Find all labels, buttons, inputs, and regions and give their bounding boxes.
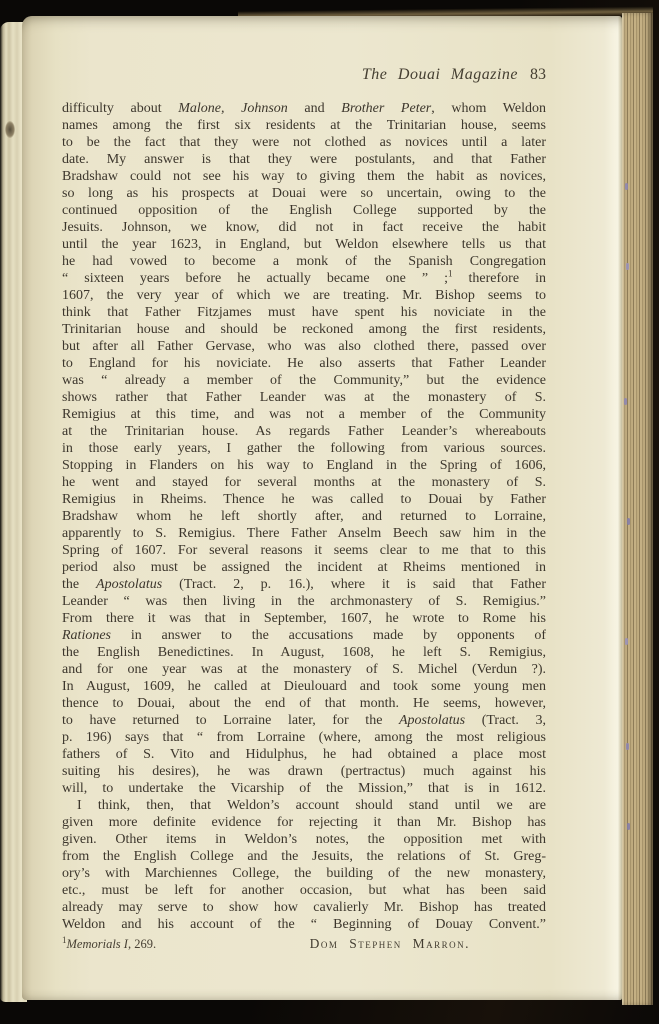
text-line: names among the first six residents at t… xyxy=(62,117,546,134)
text-line: Spring of 1607. For several reasons it s… xyxy=(62,542,546,559)
text-line: was “ already a member of the Community,… xyxy=(62,372,546,389)
text-line: Remigius in Rheims. Thence he was called… xyxy=(62,491,546,508)
text-line: to have returned to Lorraine later, for … xyxy=(62,712,546,729)
text-line: will, to undertake the Vicarship of the … xyxy=(62,780,546,797)
page-number: 83 xyxy=(530,66,546,83)
text-line: to be the fact that they were not clothe… xyxy=(62,134,546,151)
text-line: In August, 1609, he called at Dieulouard… xyxy=(62,678,546,695)
book-photo: The Douai Magazine83 difficulty about Ma… xyxy=(0,0,659,1024)
paper-blemish xyxy=(5,121,15,138)
text-line: period also must be assigned the inciden… xyxy=(62,559,546,576)
text-line: date. My answer is that they were postul… xyxy=(62,151,546,168)
text-line: he had vowed to become a monk of the Spa… xyxy=(62,253,546,270)
text-line: given. Other items in Weldon’s notes, th… xyxy=(62,831,546,848)
text-line: and for one year was at the monastery of… xyxy=(62,661,546,678)
magazine-title: The Douai Magazine xyxy=(362,66,518,83)
footnote-work: Memorials I xyxy=(67,937,128,951)
text-line: Rationes in answer to the accusations ma… xyxy=(62,627,546,644)
footnote-rest: , 269. xyxy=(128,937,156,951)
text-line: already may serve to show how cavalierly… xyxy=(62,899,546,916)
text-line: suiting his desires), he was drawn (pert… xyxy=(62,763,546,780)
text-line: so long as his prospects at Douai were s… xyxy=(62,185,546,202)
book-page: The Douai Magazine83 difficulty about Ma… xyxy=(22,16,622,1000)
text-line: at the Trinitarian house. As regards Fat… xyxy=(62,423,546,440)
text-line: he went and stayed for several months at… xyxy=(62,474,546,491)
text-line: Weldon and his account of the “ Beginnin… xyxy=(62,916,546,933)
text-line: shows rather that Father Leander was at … xyxy=(62,389,546,406)
text-line: From there it was that in September, 160… xyxy=(62,610,546,627)
page-header: The Douai Magazine83 xyxy=(62,66,546,84)
text-line: from the English College and the Jesuits… xyxy=(62,848,546,865)
text-line: Trinitarian house and should be reckoned… xyxy=(62,321,546,338)
text-line: given more definite evidence for rejecti… xyxy=(62,814,546,831)
text-line: Bradshaw whom he left shortly after, and… xyxy=(62,508,546,525)
text-line: Remigius at this time, and was not a mem… xyxy=(62,406,546,423)
text-line: but after all Father Gervase, who was al… xyxy=(62,338,546,355)
text-line: the Apostolatus (Tract. 2, p. 16.), wher… xyxy=(62,576,546,593)
text-line: Jesuits. Johnson, we know, did not in fa… xyxy=(62,219,546,236)
text-line: fathers of S. Vito and Hidulphus, he had… xyxy=(62,746,546,763)
text-line: etc., must be left for another occasion,… xyxy=(62,882,546,899)
author-signature: Dom Stephen Marron. xyxy=(310,936,546,952)
text-line: “ sixteen years before he actually becam… xyxy=(62,270,546,287)
text-line: the English Benedictines. In August, 160… xyxy=(62,644,546,661)
body-text: difficulty about Malone, Johnson and Bro… xyxy=(62,100,546,933)
text-line: Stopping in Flanders on his way to Engla… xyxy=(62,457,546,474)
text-line: to England for his noviciate. He also as… xyxy=(62,355,546,372)
text-line: thence to Douai, about the end of that m… xyxy=(62,695,546,712)
edge-speckles xyxy=(625,183,628,190)
text-line: Leander “ was then living in the archmon… xyxy=(62,593,546,610)
text-line: in those early years, I gather the follo… xyxy=(62,440,546,457)
text-line: continued opposition of the English Coll… xyxy=(62,202,546,219)
fore-edge-pages xyxy=(622,13,653,1005)
text-line: until the year 1623, in England, but Wel… xyxy=(62,236,546,253)
footer-row: 1Memorials I, 269. Dom Stephen Marron. xyxy=(62,936,546,952)
text-line: difficulty about Malone, Johnson and Bro… xyxy=(62,100,546,117)
text-line: ory’s with Marchiennes College, the buil… xyxy=(62,865,546,882)
text-line: p. 196) says that “ from Lorraine (where… xyxy=(62,729,546,746)
text-line: Bradshaw could not see his way to giving… xyxy=(62,168,546,185)
footnote: 1Memorials I, 269. xyxy=(62,937,156,952)
text-line: apparently to S. Remigius. There Father … xyxy=(62,525,546,542)
text-line: 1607, the very year of which we are trea… xyxy=(62,287,546,304)
text-line: I think, then, that Weldon’s account sho… xyxy=(62,797,546,814)
text-line: think that Father Fitzjames must have sp… xyxy=(62,304,546,321)
